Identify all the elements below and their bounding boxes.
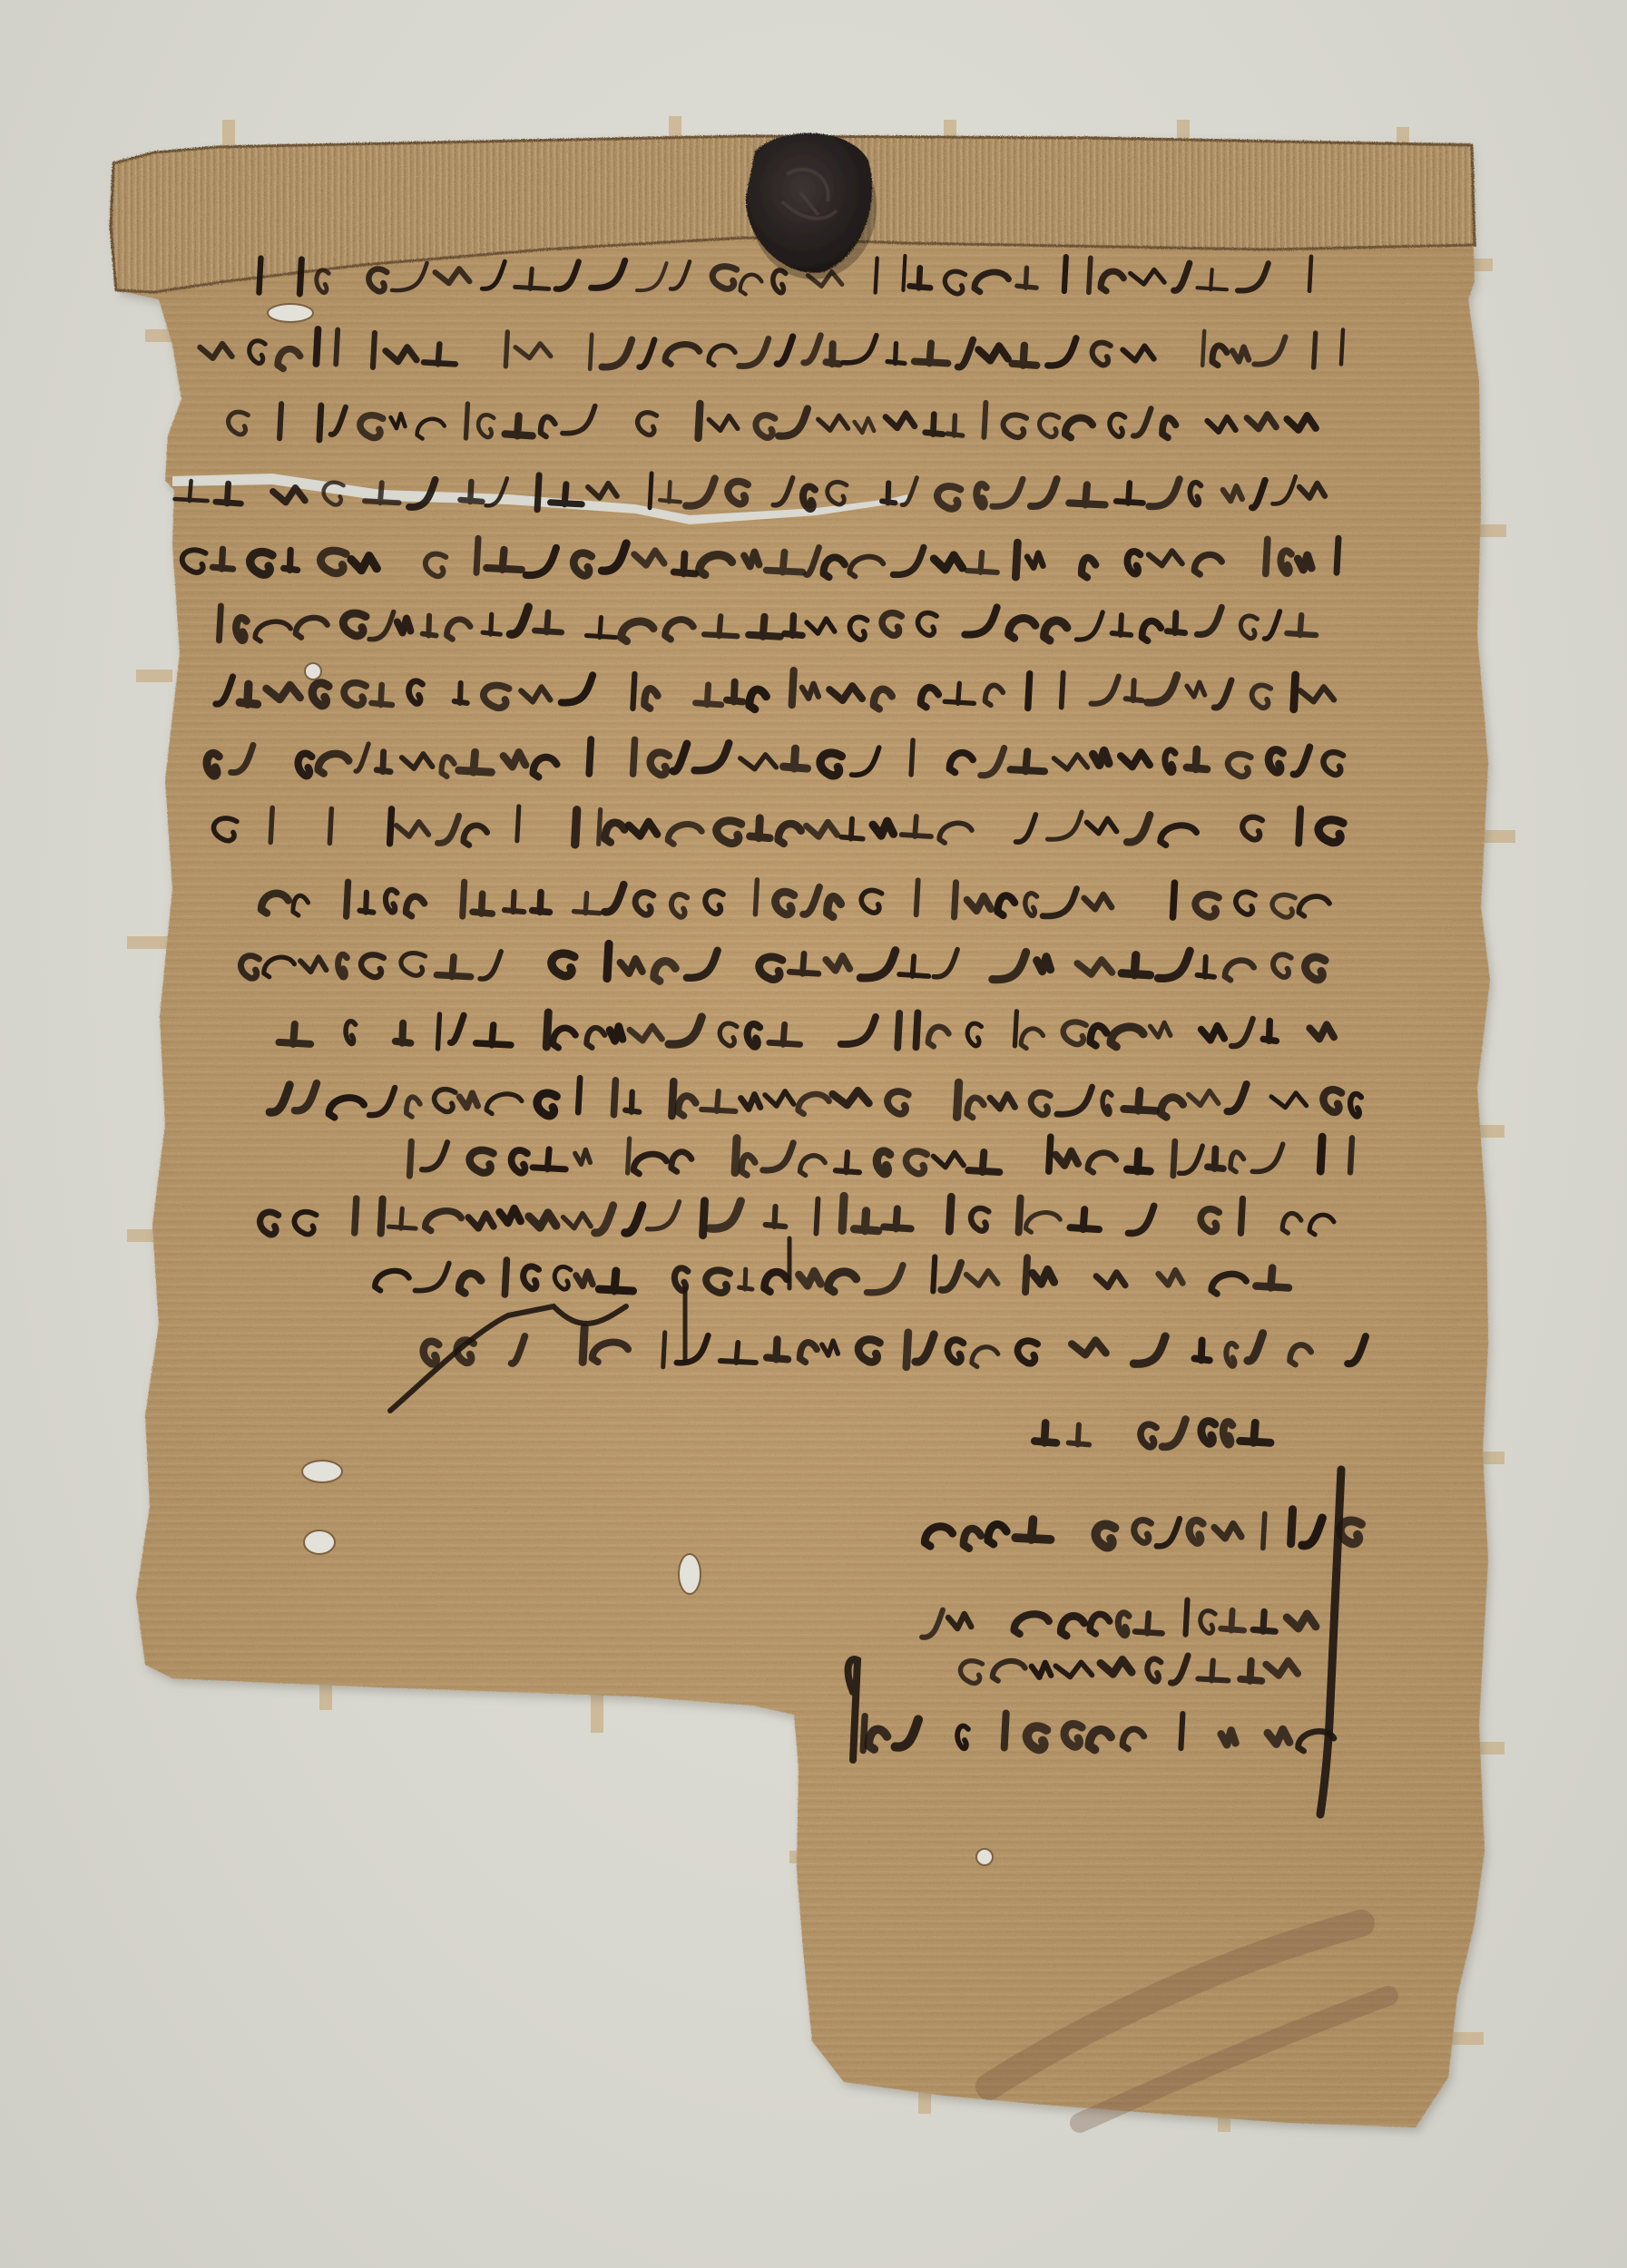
hole bbox=[305, 663, 321, 679]
mounting-tab bbox=[127, 936, 168, 949]
hole bbox=[976, 1849, 993, 1865]
mounting-tab bbox=[145, 329, 172, 342]
papyrus-artifact bbox=[0, 0, 1627, 2268]
hole bbox=[302, 1461, 342, 1482]
hole bbox=[679, 1554, 701, 1594]
hole bbox=[268, 304, 313, 322]
hole bbox=[304, 1530, 335, 1554]
photograph bbox=[0, 0, 1627, 2268]
mounting-tab bbox=[136, 670, 172, 682]
